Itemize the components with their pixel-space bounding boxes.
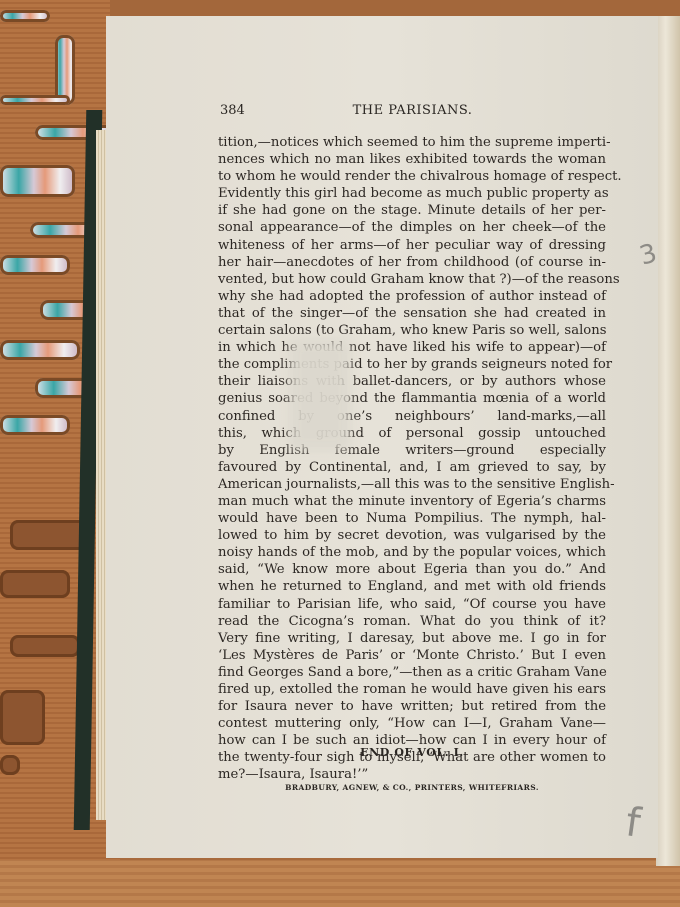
lattice-recess <box>0 755 20 775</box>
top-wood-rail <box>110 0 680 16</box>
text-line: if she had gone on the stage. Minute det… <box>218 202 606 219</box>
text-line: for Isaura never to have written; but re… <box>218 698 606 715</box>
facing-page-edge <box>656 16 680 866</box>
text-line: contest muttering only, “How can I—I, Gr… <box>218 715 606 732</box>
text-line: vented, but how could Graham know that ?… <box>218 271 606 288</box>
text-line: in which he would not have liked his wif… <box>218 339 606 356</box>
text-line: lowed to him by secret devotion, was vul… <box>218 527 606 544</box>
text-line: her hair—anecdotes of her from childhood… <box>218 254 606 271</box>
text-line: would have been to Numa Pompilius. The n… <box>218 510 606 527</box>
text-line: whiteness of her arms—of her peculiar wa… <box>218 237 606 254</box>
text-line: man much what the minute inventory of Eg… <box>218 493 606 510</box>
running-title: THE PARISIANS. <box>220 103 605 118</box>
text-line: genius soared beyond the flammantia mœni… <box>218 390 606 407</box>
text-line: to whom he would render the chivalrous h… <box>218 168 606 185</box>
text-line: when he returned to England, and met wit… <box>218 578 606 595</box>
text-line: said, “We know more about Egeria than yo… <box>218 561 606 578</box>
text-line: find Georges Sand a bore,”—then as a cri… <box>218 664 606 681</box>
text-line: by English female writers—ground especia… <box>218 442 606 459</box>
text-line: sonal appearance—of the dimples on her c… <box>218 219 606 236</box>
text-line: familiar to Parisian life, who said, “Of… <box>218 596 606 613</box>
text-line: ‘Les Mystères de Paris’ or ‘Monte Christ… <box>218 647 606 664</box>
text-line: the compliments paid to her by grands se… <box>218 356 606 373</box>
text-line: American journalists,—all this was to th… <box>218 476 606 493</box>
lattice-recess <box>0 690 45 745</box>
text-line: tition,—notices which seemed to him the … <box>218 134 606 151</box>
text-line: fired up, extolled the roman he would ha… <box>218 681 606 698</box>
wood-shelf <box>0 860 680 907</box>
text-line: this, which ground of personal gossip un… <box>218 425 606 442</box>
lattice-opening <box>0 95 70 105</box>
text-line: nences which no man likes exhibited towa… <box>218 151 606 168</box>
text-line: their liaisons with ballet-dancers, or b… <box>218 373 606 390</box>
body-text: tition,—notices which seemed to him the … <box>218 134 606 784</box>
lattice-recess <box>10 635 80 657</box>
text-line: read the Cicogna’s roman. What do you th… <box>218 613 606 630</box>
lattice-opening <box>0 415 70 435</box>
text-line: confined by one’s neighbours’ land-marks… <box>218 408 606 425</box>
text-line: favoured by Continental, and, I am griev… <box>218 459 606 476</box>
lattice-opening <box>0 340 80 360</box>
text-line: me?—Isaura, Isaura!’” <box>218 766 606 783</box>
text-line: certain salons (to Graham, who knew Pari… <box>218 322 606 339</box>
lattice-opening <box>0 255 70 275</box>
end-of-volume-note: END OF VOL. I. <box>218 746 606 759</box>
lattice-recess <box>0 570 70 598</box>
text-line: noisy hands of the mob, and by the popul… <box>218 544 606 561</box>
text-line: Evidently this girl had become as much p… <box>218 185 606 202</box>
blurred-region <box>290 340 350 450</box>
lattice-opening <box>0 165 75 197</box>
lattice-opening <box>0 10 50 22</box>
text-line: Very fine writing, I daresay, but above … <box>218 630 606 647</box>
text-line: why she had adopted the profession of au… <box>218 288 606 305</box>
text-line: that of the singer—of the sensation she … <box>218 305 606 322</box>
printer-imprint: BRADBURY, AGNEW, & CO., PRINTERS, WHITEF… <box>218 783 606 792</box>
